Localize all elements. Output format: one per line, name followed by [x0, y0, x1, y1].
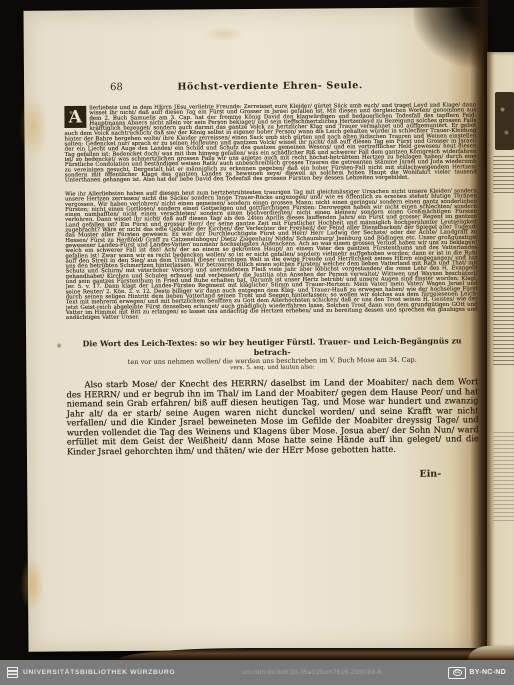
scripture-paragraph: Also starb Mose/ der Knecht des HERRN/ d… — [66, 377, 479, 456]
urn-identifier: urn:nbn:de:bvb:20-35a315urn7616-2380/88-… — [175, 669, 448, 676]
body-paragraph-1: Allerliebste und in dem HErrn JEsu verli… — [64, 102, 477, 190]
facing-page-text-fragment — [493, 432, 514, 522]
library-logo-icon — [7, 667, 18, 678]
paper-stain — [20, 557, 44, 613]
ornamental-initial: A — [64, 106, 86, 128]
library-branding: UNIVERSITÄTSBIBLIOTHEK WÜRZBURG — [0, 667, 175, 678]
viewer-footer-bar: UNIVERSITÄTSBIBLIOTHEK WÜRZBURG urn:nbn:… — [0, 660, 514, 685]
book-fore-edge-corner — [468, 646, 514, 660]
facing-page-text-fragment — [493, 220, 514, 234]
creative-commons-icon: cc — [448, 667, 466, 679]
book-fore-edge — [118, 648, 514, 660]
facing-page-text-fragment — [493, 156, 514, 196]
scanned-book-page: 68 Höchst-verdiente Ehren- Seule. Allerl… — [23, 7, 488, 652]
catchword: Ein- — [357, 469, 441, 481]
book-gutter-shadow — [470, 0, 488, 660]
facing-page-text-fragment — [493, 248, 514, 368]
paper-speck — [56, 343, 62, 349]
license-badge: cc BY-NC-ND — [448, 667, 514, 679]
paper-stain — [18, 95, 49, 159]
library-name: UNIVERSITÄTSBIBLIOTHEK WÜRZBURG — [23, 669, 175, 676]
cc-glyph: cc — [453, 669, 463, 676]
paragraph-text: llerliebste und in dem HErrn JEsu verlie… — [64, 102, 476, 183]
paragraph-text: Wie ihr Allerliebsten haben auff diesem … — [65, 188, 478, 320]
facing-page-ornamental-initial — [495, 92, 514, 150]
paper-stain — [204, 27, 244, 41]
license-label: BY-NC-ND — [469, 669, 506, 676]
facing-page-sliver — [487, 52, 514, 648]
section-heading: Die Wort des Leich-Textes: so wir bey he… — [66, 336, 478, 374]
running-header: Höchst-verdiente Ehren- Seule. — [64, 79, 476, 93]
body-paragraph-2: Wie ihr Allerliebsten haben auff diesem … — [65, 188, 478, 339]
